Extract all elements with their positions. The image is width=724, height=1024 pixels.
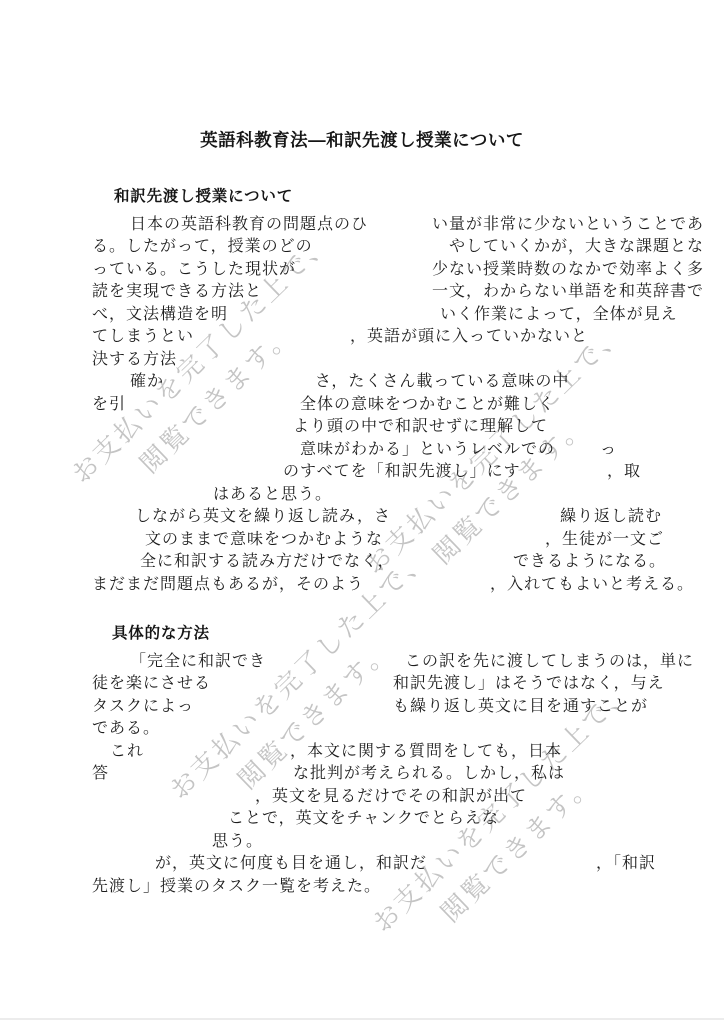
text-fragment: ，「和訳 [596,853,656,874]
document-page: お支払いを完了した上で、 閲覧できます。 お支払いを完了した上で、 閲覧できます… [0,0,724,1024]
text-fragment: を引 [92,394,126,415]
text-fragment: ，英文を見るだけでその和訳が出て [255,786,527,807]
text-fragment: 確か [130,371,164,392]
text-fragment: 文のままで意味をつかむような [145,529,383,550]
text-fragment: はあると思う。 [213,484,332,505]
section-heading: 和訳先渡し授業について [114,184,293,206]
text-fragment: 意味がわかる」というレベルでの [300,439,555,460]
text-fragment: 決する方法 [92,349,177,370]
text-fragment: タスクによっ [92,696,194,717]
text-fragment: っ [600,439,617,460]
text-fragment: 全に和訳する読み方だけでなく， [140,551,395,572]
text-fragment: 先渡し」授業のタスク一覧を考えた。 [92,876,381,897]
text-fragment: いく作業によって，全体が見え [440,304,678,325]
text-fragment: 日本の英語科教育の問題点のひ [130,214,368,235]
text-fragment: い量が非常に少ないということであ [432,214,704,235]
text-fragment: ，取 [607,461,641,482]
text-fragment: な批判が考えられる。しかし，私は [293,763,565,784]
text-fragment: である。 [92,718,160,739]
text-fragment: この訳を先に渡してしまうのは，単に [405,651,694,672]
text-fragment: ，英語が頭に入っていかないと [350,326,588,347]
section-heading: 具体的な方法 [112,621,210,643]
doc-title: 英語科教育法—和訳先渡し授業について [0,127,724,152]
text-fragment: も繰り返し英文に目を通すことが [393,696,648,717]
text-fragment: これ [110,741,144,762]
text-fragment: 読を実現できる方法と [92,281,262,302]
text-fragment: まだまだ問題点もあるが，そのよう [92,574,364,595]
text-fragment: 一文，わからない単語を和英辞書で [432,281,704,302]
text-fragment: 「完全に和訳でき [130,651,266,672]
text-fragment: ，入れてもよいと考える。 [490,574,694,595]
text-fragment: やしていくかが，大きな課題とな [449,236,704,257]
text-fragment: 答 [92,763,109,784]
text-fragment: てしまうとい [92,326,194,347]
text-fragment: べ，文法構造を明 [92,304,228,325]
text-fragment: より頭の中で和訳せずに理解して [293,416,548,437]
text-fragment: 繰り返し読む [560,506,662,527]
text-fragment: のすべてを「和訳先渡し」にす [283,461,521,482]
text-fragment: っている。こうした現状が [92,259,296,280]
text-fragment: が，英文に何度も目を通し，和訳だ [155,853,427,874]
text-fragment: しながら英文を繰り返し読み，さ [135,506,391,527]
text-fragment: る。したがって，授業のどの [92,236,313,257]
text-fragment: ことで，英文をチャンクでとらえな [228,808,499,829]
text-fragment: 和訳先渡し」はそうではなく，与え [393,673,665,694]
text-fragment: 少ない授業時数のなかで効率よく多 [432,259,704,280]
text-fragment: ，生徒が一文ご [545,529,664,550]
page-edge [0,1018,724,1020]
text-fragment: ，本文に関する質問をしても，日本 [290,741,562,762]
text-fragment: 全体の意味をつかむことが難しく [300,394,555,415]
text-fragment: さ，たくさん載っている意味の中 [315,371,569,392]
text-fragment: 徒を楽にさせる [92,673,211,694]
text-fragment: 思う。 [212,831,263,852]
text-fragment: できるようになる。 [513,551,666,572]
